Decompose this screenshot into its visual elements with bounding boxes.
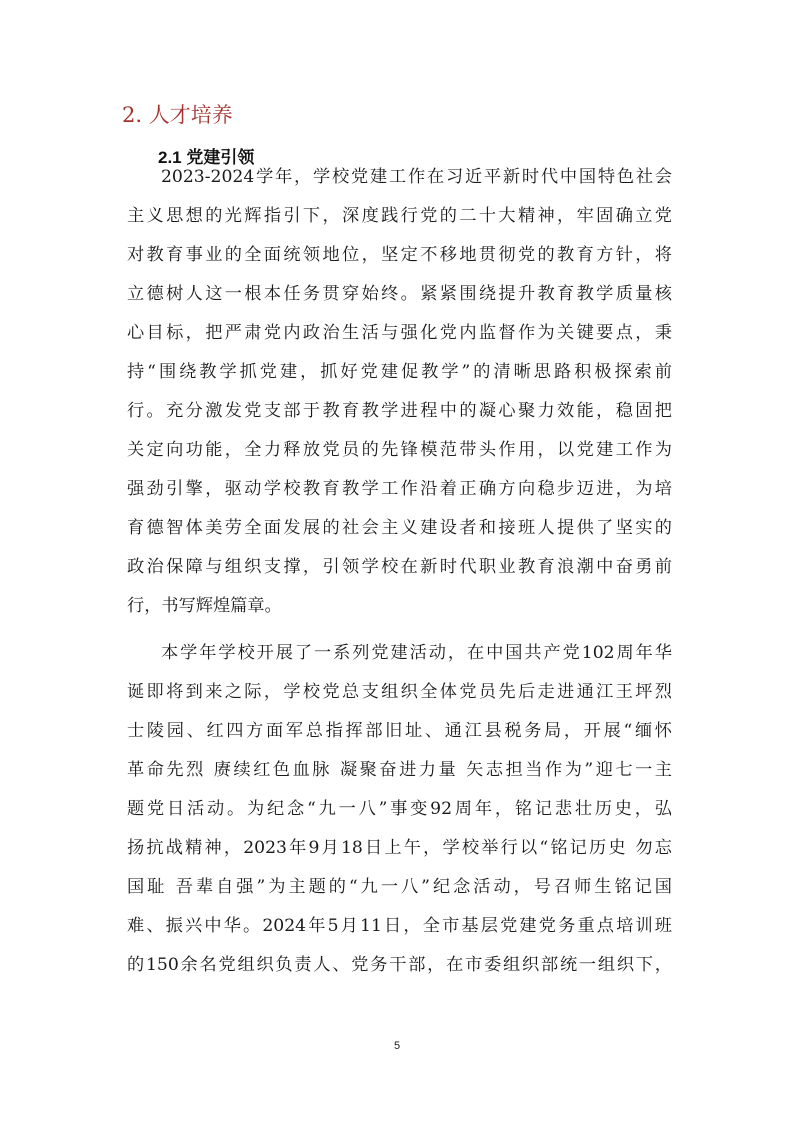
paragraph-line: 的150余名党组织负责人、党务干部，在市委组织部统一组织下， bbox=[127, 953, 672, 977]
page-number: 5 bbox=[390, 1040, 404, 1052]
paragraph-line: 诞即将到来之际，学校党总支组织全体党员先后走进通江王坪烈 bbox=[127, 680, 672, 704]
paragraph-line: 国耻 吾辈自强”为主题的“九一八”纪念活动，号召师生铭记国 bbox=[127, 875, 672, 899]
paragraph-line: 难、振兴中华。2024年5月11日，全市基层党建党务重点培训班 bbox=[127, 914, 672, 938]
paragraph-line: 行。充分激发党支部于教育教学进程中的凝心聚力效能，稳固把 bbox=[127, 399, 672, 423]
paragraph-line: 关定向功能，全力释放党员的先锋模范带头作用，以党建工作为 bbox=[127, 438, 672, 462]
document-page: 2. 人才培养 2.1 党建引领 2023-2024学年，学校党建工作在习近平新… bbox=[0, 0, 793, 1122]
paragraph-line: 持“围绕教学抓党建，抓好党建促教学”的清晰思路积极探索前 bbox=[127, 360, 672, 384]
paragraph-line: 2023-2024学年，学校党建工作在习近平新时代中国特色社会 bbox=[161, 165, 672, 189]
paragraph-line: 士陵园、红四方面军总指挥部旧址、通江县税务局，开展“缅怀 bbox=[127, 719, 672, 743]
paragraph-line: 对教育事业的全面统领地位，坚定不移地贯彻党的教育方针，将 bbox=[127, 243, 672, 267]
section-heading: 2. 人才培养 bbox=[122, 101, 233, 129]
paragraph-line: 扬抗战精神，2023年9月18日上午，学校举行以“铭记历史 勿忘 bbox=[127, 836, 672, 860]
paragraph-line: 革命先烈 赓续红色血脉 凝聚奋进力量 矢志担当作为”迎七一主 bbox=[127, 758, 672, 782]
paragraph-line: 立德树人这一根本任务贯穿始终。紧紧围绕提升教育教学质量核 bbox=[127, 282, 672, 306]
paragraph-line: 育德智体美劳全面发展的社会主义建设者和接班人提供了坚实的 bbox=[127, 516, 672, 540]
paragraph-line: 心目标，把严肃党内政治生活与强化党内监督作为关键要点，秉 bbox=[127, 321, 672, 345]
paragraph-line: 主义思想的光辉指引下，深度践行党的二十大精神，牢固确立党 bbox=[127, 204, 672, 228]
paragraph-line: 行，书写辉煌篇章。 bbox=[127, 594, 672, 618]
paragraph-line: 本学年学校开展了一系列党建活动，在中国共产党102周年华 bbox=[161, 641, 672, 665]
paragraph-line: 强劲引擎，驱动学校教育教学工作沿着正确方向稳步迈进，为培 bbox=[127, 477, 672, 501]
paragraph-line: 政治保障与组织支撑，引领学校在新时代职业教育浪潮中奋勇前 bbox=[127, 555, 672, 579]
paragraph-line: 题党日活动。为纪念“九一八”事变92周年，铭记悲壮历史，弘 bbox=[127, 797, 672, 821]
